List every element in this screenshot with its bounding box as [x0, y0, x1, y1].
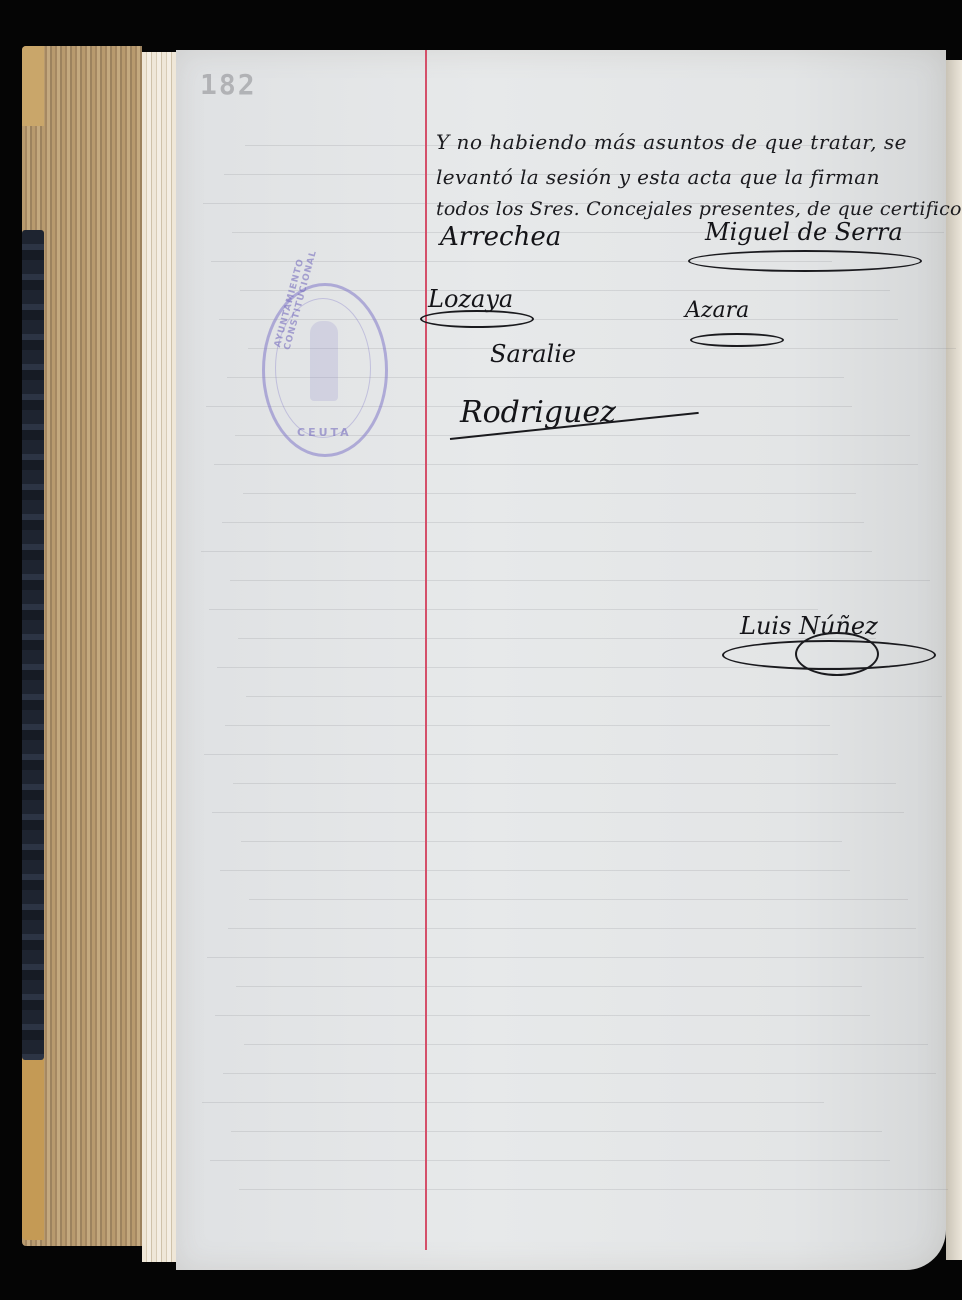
book-corner-top — [22, 46, 44, 126]
bleed-through-line — [210, 1160, 890, 1161]
signature-saralie: Saralie — [490, 340, 576, 368]
stamp-bottom-text: CEUTA — [297, 426, 352, 439]
body-text-line: levantó la sesión y esta acta que la fir… — [436, 165, 880, 189]
stamp-figure-icon — [310, 321, 338, 401]
margin-rule — [425, 50, 427, 1250]
signature-flourish — [688, 250, 922, 272]
bleed-through-line — [246, 696, 942, 697]
bleed-through-line — [239, 1189, 948, 1190]
body-text-line: Y no habiendo más asuntos de que tratar,… — [436, 130, 907, 154]
page-number: 182 — [200, 68, 257, 101]
signature-miguel-serra: Miguel de Serra — [705, 218, 903, 246]
bleed-through-line — [244, 1044, 928, 1045]
bleed-through-line — [225, 725, 830, 726]
bleed-through-line — [202, 1102, 824, 1103]
bleed-through-line — [209, 609, 818, 610]
leaf-stack — [142, 52, 178, 1262]
signature-lozaya: Lozaya — [428, 285, 513, 313]
bleed-through-line — [204, 754, 838, 755]
signature-azara: Azara — [685, 298, 749, 323]
bleed-through-line — [214, 464, 918, 465]
bleed-through-line — [212, 812, 904, 813]
bleed-through-line — [231, 1131, 882, 1132]
bleed-through-line — [223, 1073, 936, 1074]
official-seal-stamp: AYUNTAMIENTO CONSTITUCIONAL CEUTA — [262, 283, 388, 457]
bleed-through-line — [215, 1015, 870, 1016]
bleed-through-line — [230, 580, 930, 581]
bleed-through-line — [207, 957, 924, 958]
bleed-through-line — [241, 841, 842, 842]
bleed-through-line — [222, 522, 864, 523]
signature-flourish — [420, 310, 534, 328]
signature-flourish — [690, 333, 784, 347]
bleed-through-line — [220, 870, 850, 871]
bleed-through-line — [233, 783, 896, 784]
bleed-through-line — [249, 899, 908, 900]
right-page-edge — [946, 60, 962, 1260]
signature-flourish — [795, 632, 879, 676]
leather-cover — [22, 230, 44, 1060]
signature-arrechea: Arrechea — [440, 222, 561, 252]
bleed-through-line — [201, 551, 872, 552]
bleed-through-line — [243, 493, 856, 494]
body-text-line: todos los Sres. Concejales presentes, de… — [436, 198, 962, 220]
bleed-through-line — [228, 928, 916, 929]
bleed-through-line — [236, 986, 862, 987]
